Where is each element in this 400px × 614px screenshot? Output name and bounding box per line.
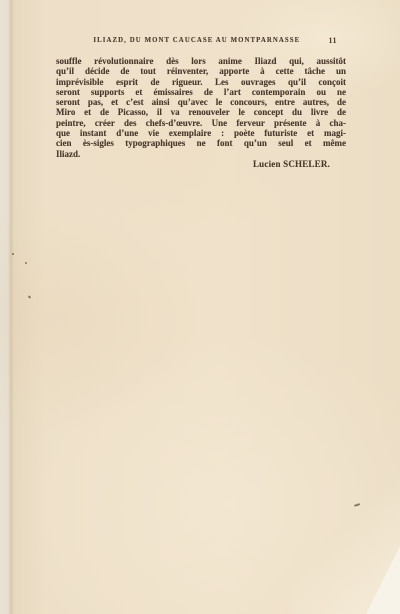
text-line: peintre, créer des chefs-d’œuvre. Une fe… <box>56 118 346 128</box>
page-corner-cut <box>366 546 400 614</box>
text-line: que instant d’une vie exemplaire : poète… <box>56 128 346 138</box>
paper-speck <box>12 253 14 255</box>
running-header: ILIAZD, DU MONT CAUCASE AU MONTPARNASSE … <box>56 37 346 47</box>
text-line: imprévisible esprit de rigueur. Les ouvr… <box>56 77 346 87</box>
text-line: Iliazd. <box>56 149 346 159</box>
text-line: Miro et de Picasso, il va renouveler le … <box>56 107 346 117</box>
text-line: qu’il décide de tout réinventer, apporte… <box>56 66 346 76</box>
text-line: seront supports et émissaires de l’art c… <box>56 87 346 97</box>
text-line: cien ès-sigles typographiques ne font qu… <box>56 138 346 148</box>
text-line: seront pas, et c’est ainsi qu’avec le co… <box>56 97 346 107</box>
text-line: souffle révolutionnaire dès lors anime I… <box>56 56 346 66</box>
paper-speck <box>28 295 32 298</box>
running-title: ILIAZD, DU MONT CAUCASE AU MONTPARNASSE <box>93 37 300 44</box>
paper-speck <box>354 503 360 506</box>
page-number: 11 <box>328 36 337 45</box>
scanned-book-page: ILIAZD, DU MONT CAUCASE AU MONTPARNASSE … <box>0 0 400 614</box>
signature: Lucien SCHELER. <box>56 159 346 169</box>
body-text: souffle révolutionnaire dès lors anime I… <box>56 56 346 169</box>
paper-speck <box>25 262 27 264</box>
